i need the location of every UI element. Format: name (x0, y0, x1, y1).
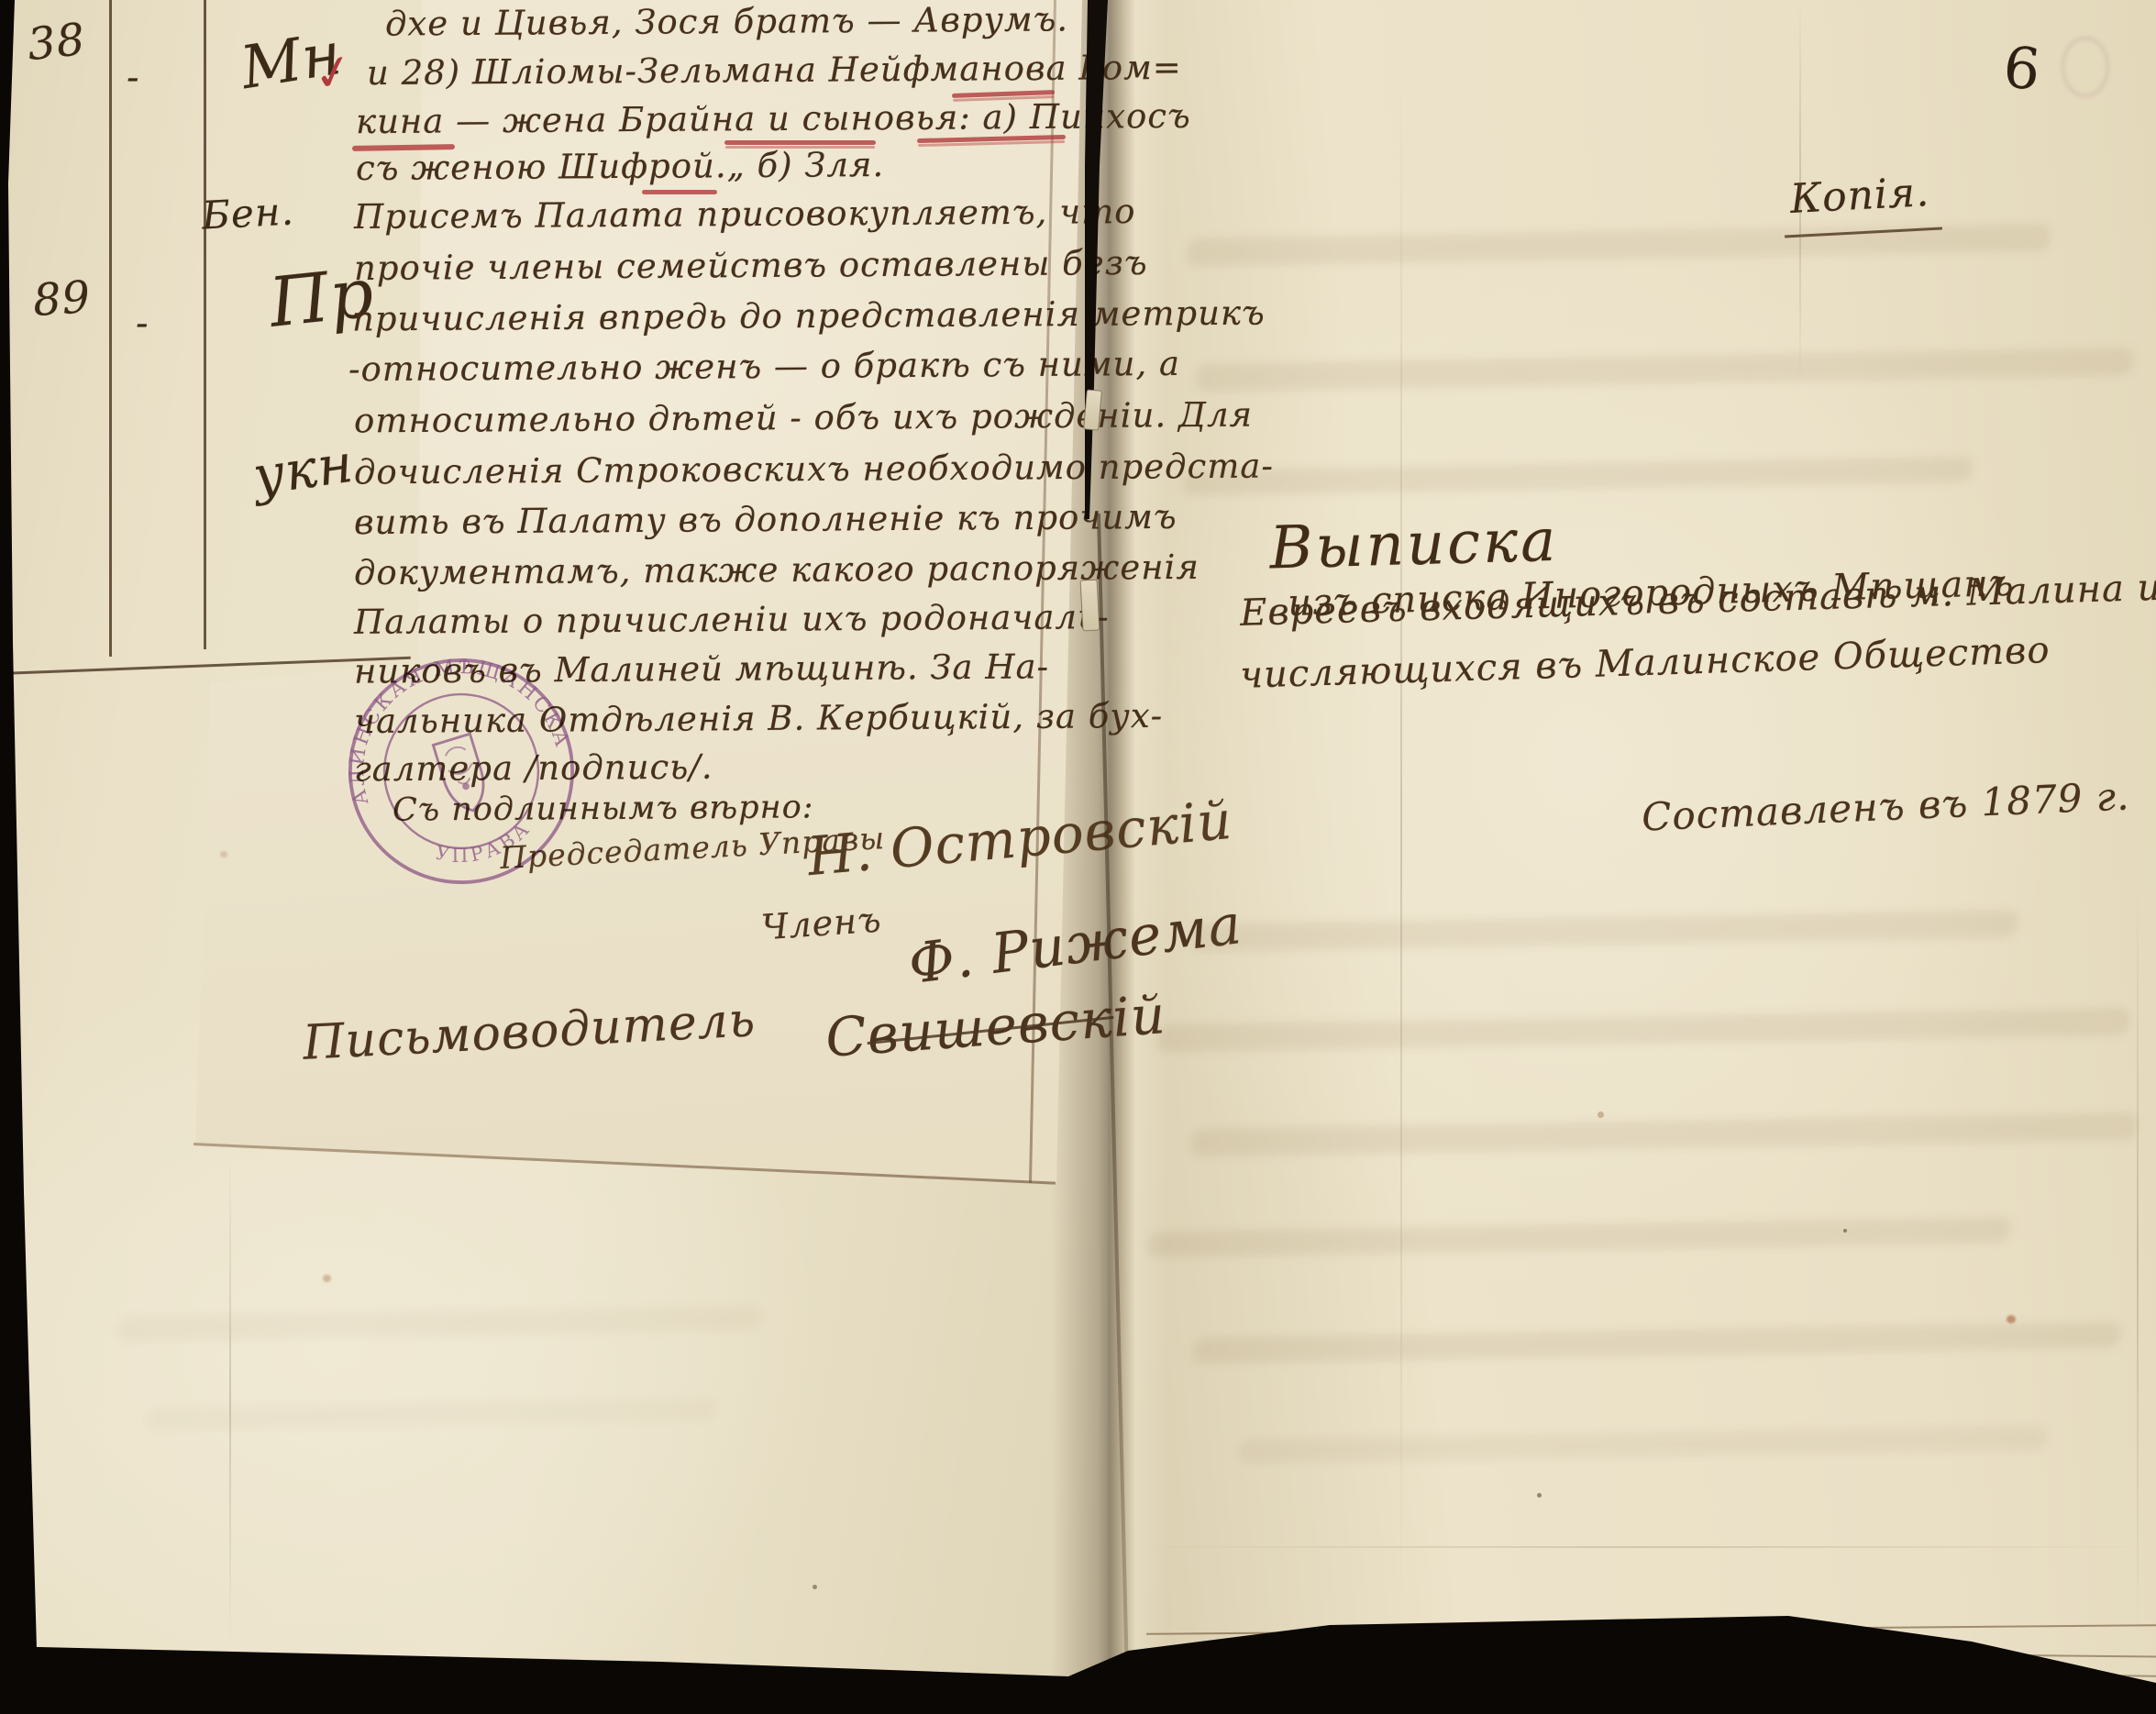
margin-entry-number: 89 (31, 271, 93, 326)
manuscript-line: дхе и Цивья, Зося братъ — Аврумъ. (385, 0, 1068, 44)
paper-speck (813, 1585, 817, 1589)
paper-stain (2007, 1315, 2016, 1323)
paper-speck (1843, 1229, 1847, 1233)
paper-stain (323, 1275, 331, 1282)
manuscript-line: причисленія впредь до представленія метр… (352, 293, 1266, 339)
paper-stain (1598, 1111, 1604, 1118)
paper-crease (229, 1151, 231, 1646)
red-underline-mark (642, 190, 717, 194)
manuscript-line: кина — жена Брайна и сыновья: а) Пинхосъ (356, 96, 1191, 141)
manuscript-line: съ женою Шифрой.„ б) Зля. (356, 145, 885, 188)
manuscript-line: -относительно женъ — о бракѣ съ ними, а (348, 344, 1180, 389)
manuscript-line: относительно дѣтей - объ ихъ рожденіи. Д… (354, 395, 1253, 441)
manuscript-line: вить въ Палату въ дополненіе къ прочимъ (354, 497, 1178, 542)
faint-pencil-mark (2062, 37, 2109, 97)
manuscript-line: прочіе члены семействъ оставлены безъ (354, 243, 1148, 288)
paper-stain (220, 851, 227, 857)
binding-thread (1080, 580, 1100, 632)
paper-crease (1137, 1546, 2146, 1548)
title-lead-word: Выписка (1269, 507, 1560, 583)
manuscript-line: и 28) Шліомы-Зельмана Нейфманова Гом= (367, 48, 1182, 93)
margin-entry-dash: - (127, 57, 140, 99)
paper-crease (1400, 55, 1402, 1605)
margin-entry-dash: - (136, 303, 149, 345)
manuscript-line: документамъ, также какого распоряженія (354, 547, 1200, 592)
paper-crease (1799, 0, 1801, 385)
table-vertical-rule (204, 0, 206, 649)
paper-speck (514, 275, 517, 279)
manuscript-line: дочисленія Строковскихъ необходимо предс… (354, 446, 1274, 492)
folio-page-number: 6 (2000, 33, 2044, 104)
svg-text:УПРАВА: УПРАВА (428, 813, 540, 879)
archival-document-photo: 38 - 89 - Мн Бен. Пр укн ✓ дхе и Цивья, … (0, 0, 2156, 1714)
margin-entry-number: 38 (25, 14, 88, 71)
signature-role: Членъ (760, 899, 883, 947)
red-underline-mark (724, 140, 876, 145)
copy-label: Копія. (1789, 169, 1931, 223)
stamp-ring-text-bottom: УПРАВА (428, 813, 540, 879)
paper-speck (1537, 1493, 1542, 1498)
underpage-word-fragment: Бен. (201, 188, 295, 238)
manuscript-line: Присемъ Палата присовокупляетъ, что (354, 192, 1136, 237)
paper-crease (2137, 880, 2139, 1632)
table-vertical-rule (109, 0, 112, 657)
